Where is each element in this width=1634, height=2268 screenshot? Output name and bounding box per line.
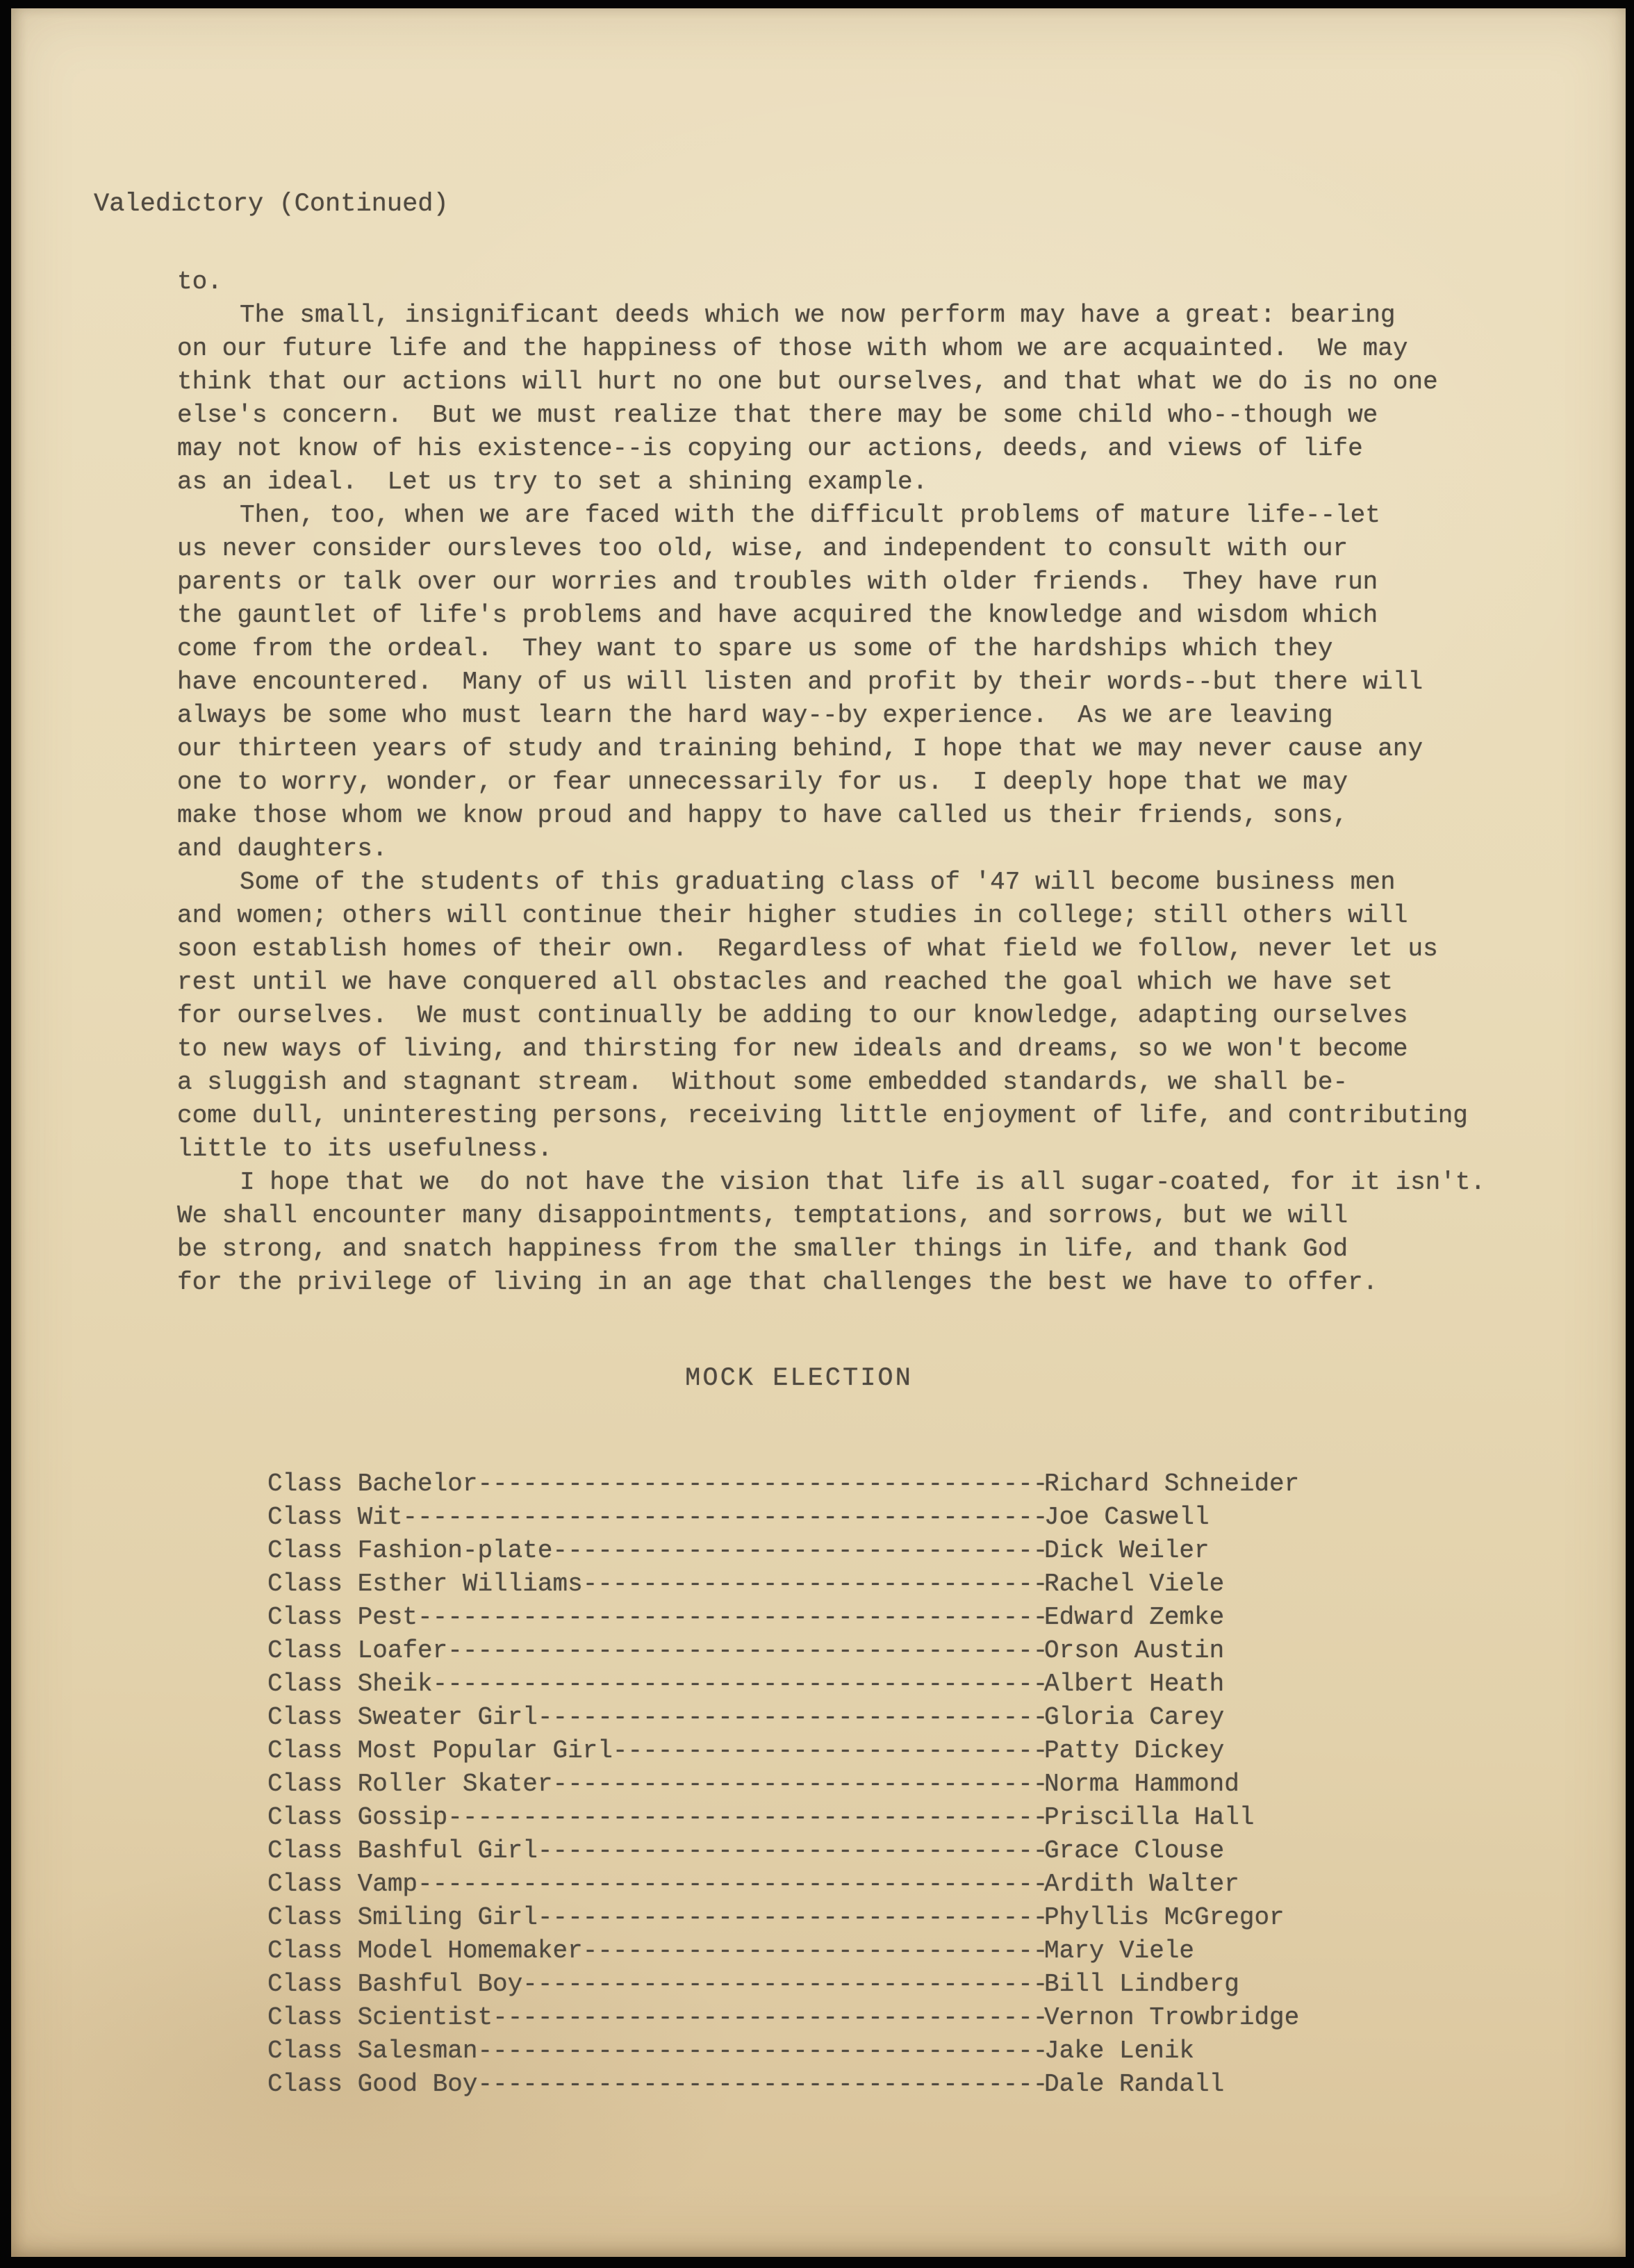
row-lead: Class Scientist-------------------------… [267, 2001, 1044, 2035]
dash-leader: ----------------------------------------… [477, 2068, 1044, 2101]
election-row: Class Bashful Girl----------------------… [267, 1834, 1504, 1868]
row-lead: Class Loafer----------------------------… [267, 1634, 1044, 1668]
category-label: Class Good Boy [267, 2068, 477, 2101]
winner-name: Norma Hammond [1044, 1768, 1239, 1801]
continuation-line: to. [177, 265, 1504, 299]
winner-name: Jake Lenik [1044, 2035, 1194, 2068]
winner-name: Gloria Carey [1044, 1701, 1224, 1734]
election-row: Class Fashion-plate---------------------… [267, 1534, 1504, 1568]
dash-leader: ----------------------------------------… [418, 1601, 1044, 1634]
row-lead: Class Model Homemaker-------------------… [267, 1934, 1044, 1968]
category-label: Class Bashful Girl [267, 1834, 538, 1868]
row-lead: Class Vamp------------------------------… [267, 1868, 1044, 1901]
winner-name: Orson Austin [1044, 1634, 1224, 1668]
paragraph-4: I hope that we do not have the vision th… [177, 1166, 1504, 1299]
election-row: Class Scientist-------------------------… [267, 2001, 1504, 2035]
category-label: Class Most Popular Girl [267, 1734, 613, 1768]
paragraph-1: The small, insignificant deeds which we … [177, 299, 1504, 499]
election-row: Class Smiling Girl----------------------… [267, 1901, 1504, 1934]
row-lead: Class Gossip----------------------------… [267, 1801, 1044, 1834]
dash-leader: ----------------------------------------… [477, 2035, 1044, 2068]
row-lead: Class Roller Skater---------------------… [267, 1768, 1044, 1801]
paragraph-2: Then, too, when we are faced with the di… [177, 499, 1504, 866]
row-lead: Class Sheik-----------------------------… [267, 1668, 1044, 1701]
category-label: Class Bachelor [267, 1468, 477, 1501]
row-lead: Class Bachelor--------------------------… [267, 1468, 1044, 1501]
winner-name: Richard Schneider [1044, 1468, 1299, 1501]
category-label: Class Bashful Boy [267, 1968, 522, 2001]
election-row: Class Roller Skater---------------------… [267, 1768, 1504, 1801]
category-label: Class Roller Skater [267, 1768, 552, 1801]
body-text: to. The small, insignificant deeds which… [177, 265, 1504, 2101]
election-row: Class Sweater Girl----------------------… [267, 1701, 1504, 1734]
document-page: Valedictory (Continued) to. The small, i… [11, 8, 1626, 2257]
dash-leader: ----------------------------------------… [402, 1501, 1044, 1534]
category-label: Class Pest [267, 1601, 418, 1634]
row-lead: Class Bashful Girl----------------------… [267, 1834, 1044, 1868]
mock-election-list: Class Bachelor--------------------------… [267, 1468, 1504, 2101]
dash-leader: ----------------------------------------… [477, 1468, 1044, 1501]
category-label: Class Sweater Girl [267, 1701, 538, 1734]
winner-name: Priscilla Hall [1044, 1801, 1254, 1834]
dash-leader: ----------------------------------------… [583, 1934, 1044, 1968]
category-label: Class Wit [267, 1501, 402, 1534]
row-lead: Class Pest------------------------------… [267, 1601, 1044, 1634]
election-row: Class Model Homemaker-------------------… [267, 1934, 1504, 1968]
winner-name: Bill Lindberg [1044, 1968, 1239, 2001]
winner-name: Ardith Walter [1044, 1868, 1239, 1901]
page-title: Valedictory (Continued) [94, 188, 1626, 221]
category-label: Class Gossip [267, 1801, 447, 1834]
category-label: Class Loafer [267, 1634, 447, 1668]
paragraph-3: Some of the students of this graduating … [177, 866, 1504, 1166]
dash-leader: ----------------------------------------… [613, 1734, 1044, 1768]
dash-leader: ----------------------------------------… [447, 1634, 1044, 1668]
election-row: Class Esther Williams-------------------… [267, 1568, 1504, 1601]
row-lead: Class Fashion-plate---------------------… [267, 1534, 1044, 1568]
election-row: Class Bashful Boy-----------------------… [267, 1968, 1504, 2001]
category-label: Class Scientist [267, 2001, 493, 2035]
winner-name: Vernon Trowbridge [1044, 2001, 1299, 2035]
dash-leader: ----------------------------------------… [493, 2001, 1044, 2035]
election-row: Class Salesman--------------------------… [267, 2035, 1504, 2068]
category-label: Class Model Homemaker [267, 1934, 583, 1968]
row-lead: Class Sweater Girl----------------------… [267, 1701, 1044, 1734]
winner-name: Mary Viele [1044, 1934, 1194, 1968]
category-label: Class Fashion-plate [267, 1534, 552, 1568]
election-row: Class Most Popular Girl-----------------… [267, 1734, 1504, 1768]
election-row: Class Bachelor--------------------------… [267, 1468, 1504, 1501]
election-row: Class Loafer----------------------------… [267, 1634, 1504, 1668]
dash-leader: ----------------------------------------… [447, 1801, 1044, 1834]
dash-leader: ----------------------------------------… [522, 1968, 1044, 2001]
row-lead: Class Most Popular Girl-----------------… [267, 1734, 1044, 1768]
winner-name: Patty Dickey [1044, 1734, 1224, 1768]
winner-name: Albert Heath [1044, 1668, 1224, 1701]
dash-leader: ----------------------------------------… [538, 1701, 1044, 1734]
dash-leader: ----------------------------------------… [552, 1534, 1044, 1568]
dash-leader: ----------------------------------------… [552, 1768, 1044, 1801]
category-label: Class Salesman [267, 2035, 477, 2068]
dash-leader: ----------------------------------------… [583, 1568, 1044, 1601]
election-row: Class Sheik-----------------------------… [267, 1668, 1504, 1701]
winner-name: Rachel Viele [1044, 1568, 1224, 1601]
row-lead: Class Salesman--------------------------… [267, 2035, 1044, 2068]
election-row: Class Vamp------------------------------… [267, 1868, 1504, 1901]
dash-leader: ----------------------------------------… [538, 1901, 1044, 1934]
row-lead: Class Wit-------------------------------… [267, 1501, 1044, 1534]
row-lead: Class Good Boy--------------------------… [267, 2068, 1044, 2101]
dash-leader: ----------------------------------------… [433, 1668, 1044, 1701]
row-lead: Class Smiling Girl----------------------… [267, 1901, 1044, 1934]
winner-name: Dick Weiler [1044, 1534, 1210, 1568]
winner-name: Joe Caswell [1044, 1501, 1210, 1534]
section-title: MOCK ELECTION [177, 1362, 1421, 1395]
category-label: Class Smiling Girl [267, 1901, 538, 1934]
category-label: Class Esther Williams [267, 1568, 583, 1601]
category-label: Class Sheik [267, 1668, 433, 1701]
winner-name: Phyllis McGregor [1044, 1901, 1285, 1934]
election-row: Class Gossip----------------------------… [267, 1801, 1504, 1834]
winner-name: Edward Zemke [1044, 1601, 1224, 1634]
dash-leader: ----------------------------------------… [538, 1834, 1044, 1868]
dash-leader: ----------------------------------------… [418, 1868, 1044, 1901]
winner-name: Grace Clouse [1044, 1834, 1224, 1868]
row-lead: Class Bashful Boy-----------------------… [267, 1968, 1044, 2001]
winner-name: Dale Randall [1044, 2068, 1224, 2101]
scan-frame: Valedictory (Continued) to. The small, i… [0, 0, 1634, 2268]
election-row: Class Wit-------------------------------… [267, 1501, 1504, 1534]
category-label: Class Vamp [267, 1868, 418, 1901]
election-row: Class Pest------------------------------… [267, 1601, 1504, 1634]
election-row: Class Good Boy--------------------------… [267, 2068, 1504, 2101]
row-lead: Class Esther Williams-------------------… [267, 1568, 1044, 1601]
